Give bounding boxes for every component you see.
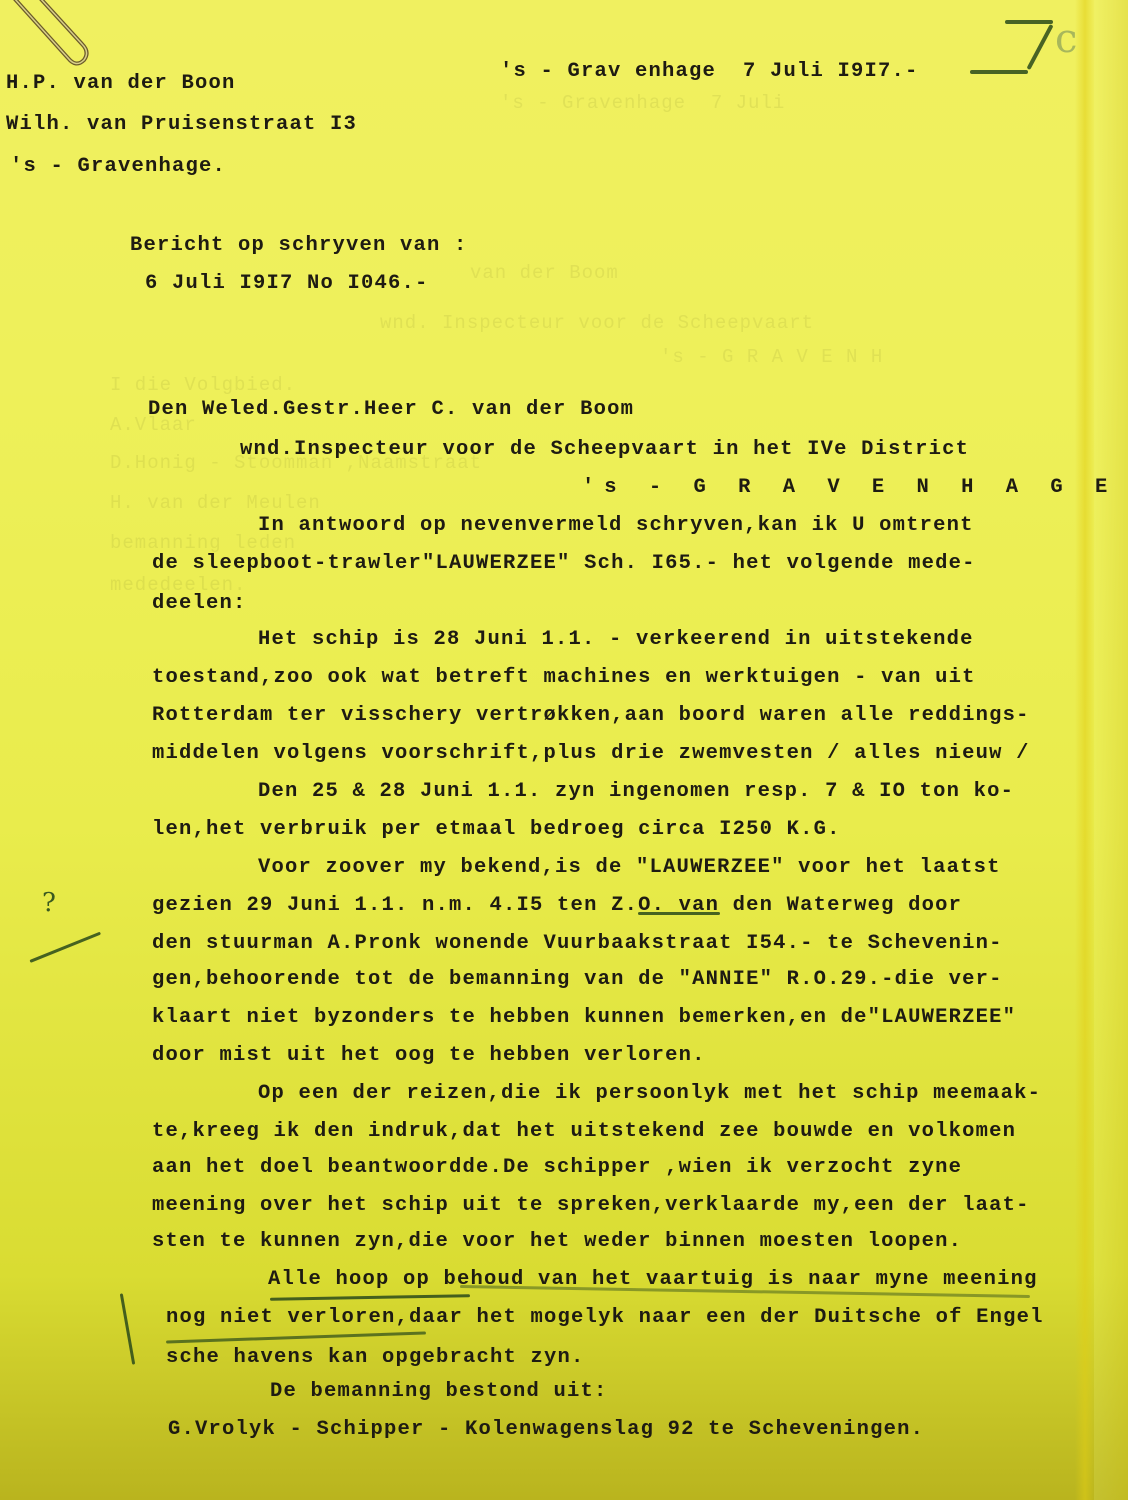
body-line: sten te kunnen zyn,die voor het weder bi…	[152, 1230, 962, 1254]
margin-bar	[120, 1293, 135, 1364]
body-line: nog niet verloren,daar het mogelyk naar …	[166, 1306, 1044, 1330]
body-line: G.Vrolyk - Schipper - Kolenwagenslag 92 …	[168, 1418, 924, 1442]
place-date: 's - Grav enhage 7 Juli I9I7.-	[500, 60, 919, 84]
body-line: te,kreeg ik den indruk,dat het uitsteken…	[152, 1120, 1016, 1144]
file-mark-c: c	[1055, 16, 1077, 62]
paper-fold	[1075, 0, 1095, 1500]
bleed-through-text: wnd. Inspecteur voor de Scheepvaart	[380, 312, 814, 334]
bleed-through-text: H. van der Meulen	[110, 492, 321, 514]
body-line: door mist uit het oog te hebben verloren…	[152, 1044, 706, 1068]
bleed-through-text: van der Boom	[470, 262, 619, 284]
body-line: aan het doel beantwoordde.De schipper ,w…	[152, 1156, 962, 1180]
file-mark: c	[970, 8, 1090, 78]
body-line: Het schip is 28 Juni 1.1. - verkeerend i…	[258, 628, 974, 652]
bleed-through-text: I die Volgbied.	[110, 374, 296, 396]
body-line: len,het verbruik per etmaal bedroeg circ…	[152, 818, 841, 842]
body-line: sche havens kan opgebracht zyn.	[166, 1346, 585, 1370]
body-line: Den 25 & 28 Juni 1.1. zyn ingenomen resp…	[258, 780, 1014, 804]
body-line: In antwoord op nevenvermeld schryven,kan…	[258, 514, 974, 538]
underline-not-lost	[166, 1331, 426, 1343]
reference-value: 6 Juli I9I7 No I046.-	[145, 272, 429, 296]
body-line: den stuurman A.Pronk wonende Vuurbaakstr…	[152, 932, 1003, 956]
underline-zo	[638, 912, 720, 915]
sender-street: Wilh. van Pruisenstraat I3	[6, 113, 357, 137]
recipient-city: 's - G R A V E N H A G E .	[582, 476, 1128, 500]
bleed-through-text: 's - G R A V E N H	[660, 346, 883, 368]
body-line: Rotterdam ter visschery vertrøkken,aan b…	[152, 704, 1030, 728]
sender-city: 's - Gravenhage.	[10, 155, 226, 179]
bleed-through-text: 's - Gravenhage 7 Juli	[500, 92, 785, 114]
recipient-title: wnd.Inspecteur voor de Scheepvaart in he…	[240, 438, 969, 462]
reference-label: Bericht op schryven van :	[130, 234, 468, 258]
margin-dash	[29, 932, 101, 963]
body-line: gezien 29 Juni 1.1. n.m. 4.I5 ten Z.O. v…	[152, 894, 962, 918]
sender-name: H.P. van der Boon	[6, 72, 236, 96]
body-line: toestand,zoo ook wat betreft machines en…	[152, 666, 976, 690]
body-line: middelen volgens voorschrift,plus drie z…	[152, 742, 1030, 766]
underline-hope-1	[270, 1294, 470, 1300]
body-line: de sleepboot-trawler"LAUWERZEE" Sch. I65…	[152, 552, 976, 576]
body-line: De bemanning bestond uit:	[270, 1380, 608, 1404]
recipient-salutation: Den Weled.Gestr.Heer C. van der Boom	[148, 398, 634, 422]
body-line: gen,behoorende tot de bemanning van de "…	[152, 968, 1003, 992]
body-line: meening over het schip uit te spreken,ve…	[152, 1194, 1030, 1218]
body-line: klaart niet byzonders te hebben kunnen b…	[152, 1006, 1016, 1030]
body-line: Voor zoover my bekend,is de "LAUWERZEE" …	[258, 856, 1001, 880]
paperclip-icon	[10, 0, 90, 75]
body-line: Op een der reizen,die ik persoonlyk met …	[258, 1082, 1041, 1106]
margin-question-mark: ?	[42, 888, 56, 918]
paper-edge	[1094, 0, 1128, 1500]
body-line: deelen:	[152, 592, 247, 616]
